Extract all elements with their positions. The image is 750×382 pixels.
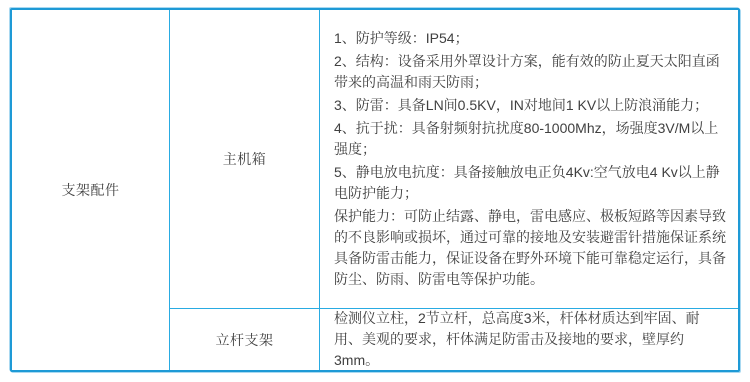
spec-paragraph: 3、防雷：具备LN间0.5KV，IN对地间1 KV以上防浪涌能力； (334, 95, 726, 116)
spec-paragraph: 5、静电放电抗度：具备接触放电正负4Kv:空气放电4 Kv以上静电防护能力； (334, 162, 726, 204)
component-label-main-chassis: 主机箱 (223, 149, 267, 169)
category-label: 支架配件 (62, 180, 120, 200)
spec-paragraph: 1、防护等级：IP54； (334, 28, 726, 49)
spec-paragraph: 2、结构：设备采用外罩设计方案，能有效的防止夏天太阳直函带来的高温和雨天防雨； (334, 51, 726, 93)
category-cell: 支架配件 (12, 10, 170, 370)
spec-cell-pole-bracket: 检测仪立柱，2节立杆，总高度3米，杆体材质达到牢固、耐用、美观的要求，杆体满足防… (320, 309, 738, 370)
component-cell-pole-bracket: 立杆支架 (170, 309, 320, 370)
spec-table: 支架配件 主机箱 1、防护等级：IP54； 2、结构：设备采用外罩设计方案，能有… (10, 8, 740, 372)
component-cell-main-chassis: 主机箱 (170, 10, 320, 309)
component-label-pole-bracket: 立杆支架 (216, 330, 274, 350)
spec-cell-main-chassis: 1、防护等级：IP54； 2、结构：设备采用外罩设计方案，能有效的防止夏天太阳直… (320, 10, 738, 309)
spec-paragraph: 4、抗于扰：具备射频射抗扰度80-1000Mhz，场强度3V/M以上强度； (334, 118, 726, 160)
spec-paragraph: 检测仪立柱，2节立杆，总高度3米，杆体材质达到牢固、耐用、美观的要求，杆体满足防… (334, 309, 726, 370)
spec-paragraph: 保护能力：可防止结露、静电，雷电感应、极板短路等因素导致的不良影响或损坏，通过可… (334, 206, 726, 290)
document-page: 支架配件 主机箱 1、防护等级：IP54； 2、结构：设备采用外罩设计方案，能有… (0, 0, 750, 382)
